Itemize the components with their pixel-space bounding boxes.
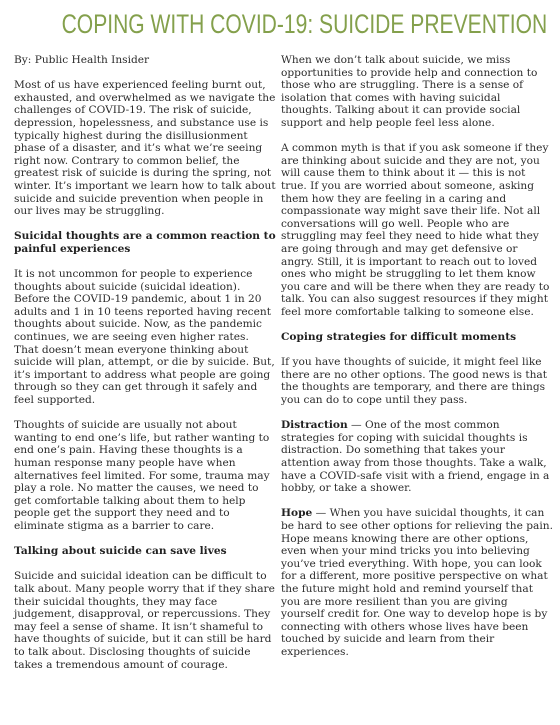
paragraph-missed-opportunities: When we don’t talk about suicide, we mis… <box>281 54 553 130</box>
left-column: By: Public Health Insider Most of us hav… <box>14 54 276 684</box>
section-heading-coping-strategies: Coping strategies for difficult moments <box>281 331 553 344</box>
byline: By: Public Health Insider <box>14 54 276 67</box>
distraction-label: Distraction <box>281 419 348 431</box>
intro-paragraph: Most of us have experienced feeling burn… <box>14 79 276 218</box>
page-title: COPING WITH COVID-19: SUICIDE PREVENTION <box>62 9 499 39</box>
section-heading-talking-saves-lives: Talking about suicide can save lives <box>14 545 276 558</box>
paragraph-ending-pain: Thoughts of suicide are usually not abou… <box>14 419 276 532</box>
right-column: When we don’t talk about suicide, we mis… <box>281 54 553 671</box>
paragraph-distraction: Distraction — One of the most common str… <box>281 419 553 495</box>
paragraph-common-myth: A common myth is that if you ask someone… <box>281 142 553 318</box>
paragraph-temporary-thoughts: If you have thoughts of suicide, it migh… <box>281 356 553 406</box>
paragraph-hope: Hope — When you have suicidal thoughts, … <box>281 507 553 658</box>
paragraph-ideation: It is not uncommon for people to experie… <box>14 268 276 407</box>
section-heading-common-reaction: Suicidal thoughts are a common reaction … <box>14 230 276 255</box>
paragraph-difficult-to-talk: Suicide and suicidal ideation can be dif… <box>14 570 276 671</box>
hope-text: — When you have suicidal thoughts, it ca… <box>281 507 553 658</box>
hope-label: Hope <box>281 507 312 519</box>
